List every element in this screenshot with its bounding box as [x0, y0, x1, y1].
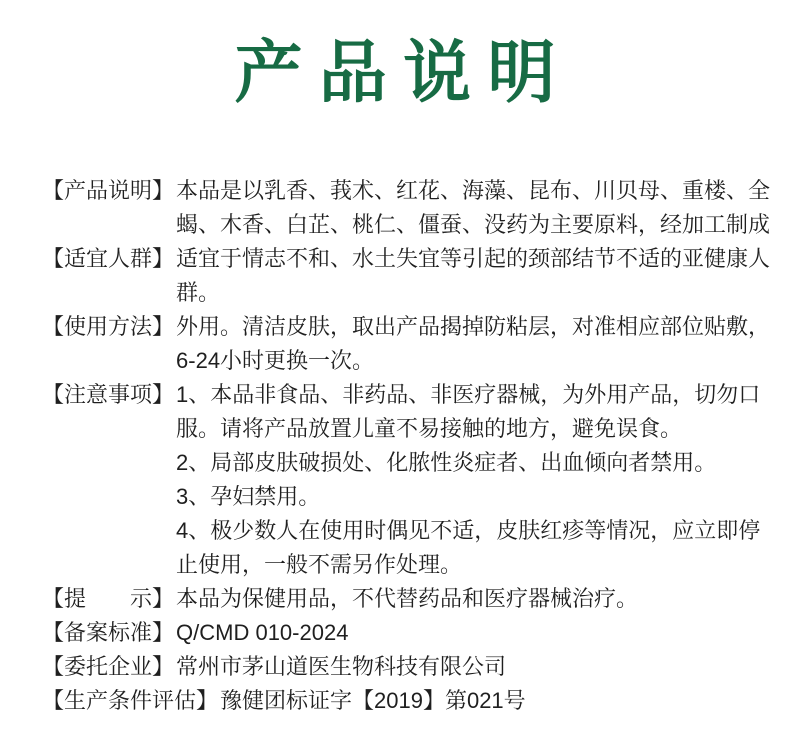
text-line: 适宜于情志不和、水土失宜等引起的颈部结节不适的亚健康人: [176, 242, 764, 276]
product-description-page: 产品说明 【产品说明】 本品是以乳香、莪术、红花、海藻、昆布、川贝母、重楼、全 …: [0, 0, 790, 752]
section-content: 本品是以乳香、莪术、红花、海藻、昆布、川贝母、重楼、全 蝎、木香、白芷、桃仁、僵…: [174, 174, 764, 242]
text-line: 外用。清洁皮肤，取出产品揭掉防粘层，对准相应部位贴敷，: [176, 310, 764, 344]
text-line: 1、本品非食品、非药品、非医疗器械，为外用产品，切勿口: [176, 378, 764, 412]
text-line: 本品是以乳香、莪术、红花、海藻、昆布、川贝母、重楼、全: [176, 174, 764, 208]
section-content: 豫健团标证字【2019】第021号: [218, 684, 764, 718]
text-line: 群。: [176, 276, 764, 310]
section-entrusted-company: 【委托企业】 常州市茅山道医生物科技有限公司: [42, 650, 764, 684]
text-line: 4、极少数人在使用时偶见不适，皮肤红疹等情况，应立即停: [176, 514, 764, 548]
section-label: 【适宜人群】: [42, 242, 174, 276]
sections-list: 【产品说明】 本品是以乳香、莪术、红花、海藻、昆布、川贝母、重楼、全 蝎、木香、…: [42, 174, 764, 718]
page-title: 产品说明: [30, 34, 760, 112]
section-label: 【产品说明】: [42, 174, 174, 208]
section-label: 【生产条件评估】: [42, 684, 218, 718]
section-label: 【委托企业】: [42, 650, 174, 684]
text-line: 服。请将产品放置儿童不易接触的地方，避免误食。: [176, 412, 764, 446]
text-line: 3、孕妇禁用。: [176, 480, 764, 514]
text-line: Q/CMD 010-2024: [176, 616, 764, 650]
text-line: 蝎、木香、白芷、桃仁、僵蚕、没药为主要原料，经加工制成: [176, 208, 764, 242]
section-suitable-people: 【适宜人群】 适宜于情志不和、水土失宜等引起的颈部结节不适的亚健康人 群。: [42, 242, 764, 310]
section-content: Q/CMD 010-2024: [174, 616, 764, 650]
text-line: 常州市茅山道医生物科技有限公司: [176, 650, 764, 684]
section-content: 1、本品非食品、非药品、非医疗器械，为外用产品，切勿口 服。请将产品放置儿童不易…: [174, 378, 764, 582]
section-product-description: 【产品说明】 本品是以乳香、莪术、红花、海藻、昆布、川贝母、重楼、全 蝎、木香、…: [42, 174, 764, 242]
text-line: 止使用，一般不需另作处理。: [176, 548, 764, 582]
section-label: 【使用方法】: [42, 310, 174, 344]
section-label: 【提 示】: [42, 582, 174, 616]
section-precautions: 【注意事项】 1、本品非食品、非药品、非医疗器械，为外用产品，切勿口 服。请将产…: [42, 378, 764, 582]
section-label: 【注意事项】: [42, 378, 174, 412]
section-usage-method: 【使用方法】 外用。清洁皮肤，取出产品揭掉防粘层，对准相应部位贴敷， 6-24小…: [42, 310, 764, 378]
text-line: 本品为保健用品，不代替药品和医疗器械治疗。: [176, 582, 764, 616]
section-content: 适宜于情志不和、水土失宜等引起的颈部结节不适的亚健康人 群。: [174, 242, 764, 310]
text-line: 6-24小时更换一次。: [176, 344, 764, 378]
text-line: 豫健团标证字【2019】第021号: [220, 684, 764, 718]
section-record-standard: 【备案标准】 Q/CMD 010-2024: [42, 616, 764, 650]
section-label: 【备案标准】: [42, 616, 174, 650]
section-content: 常州市茅山道医生物科技有限公司: [174, 650, 764, 684]
section-tip: 【提 示】 本品为保健用品，不代替药品和医疗器械治疗。: [42, 582, 764, 616]
section-content: 本品为保健用品，不代替药品和医疗器械治疗。: [174, 582, 764, 616]
text-line: 2、局部皮肤破损处、化脓性炎症者、出血倾向者禁用。: [176, 446, 764, 480]
section-production-condition-evaluation: 【生产条件评估】 豫健团标证字【2019】第021号: [42, 684, 764, 718]
section-content: 外用。清洁皮肤，取出产品揭掉防粘层，对准相应部位贴敷， 6-24小时更换一次。: [174, 310, 764, 378]
